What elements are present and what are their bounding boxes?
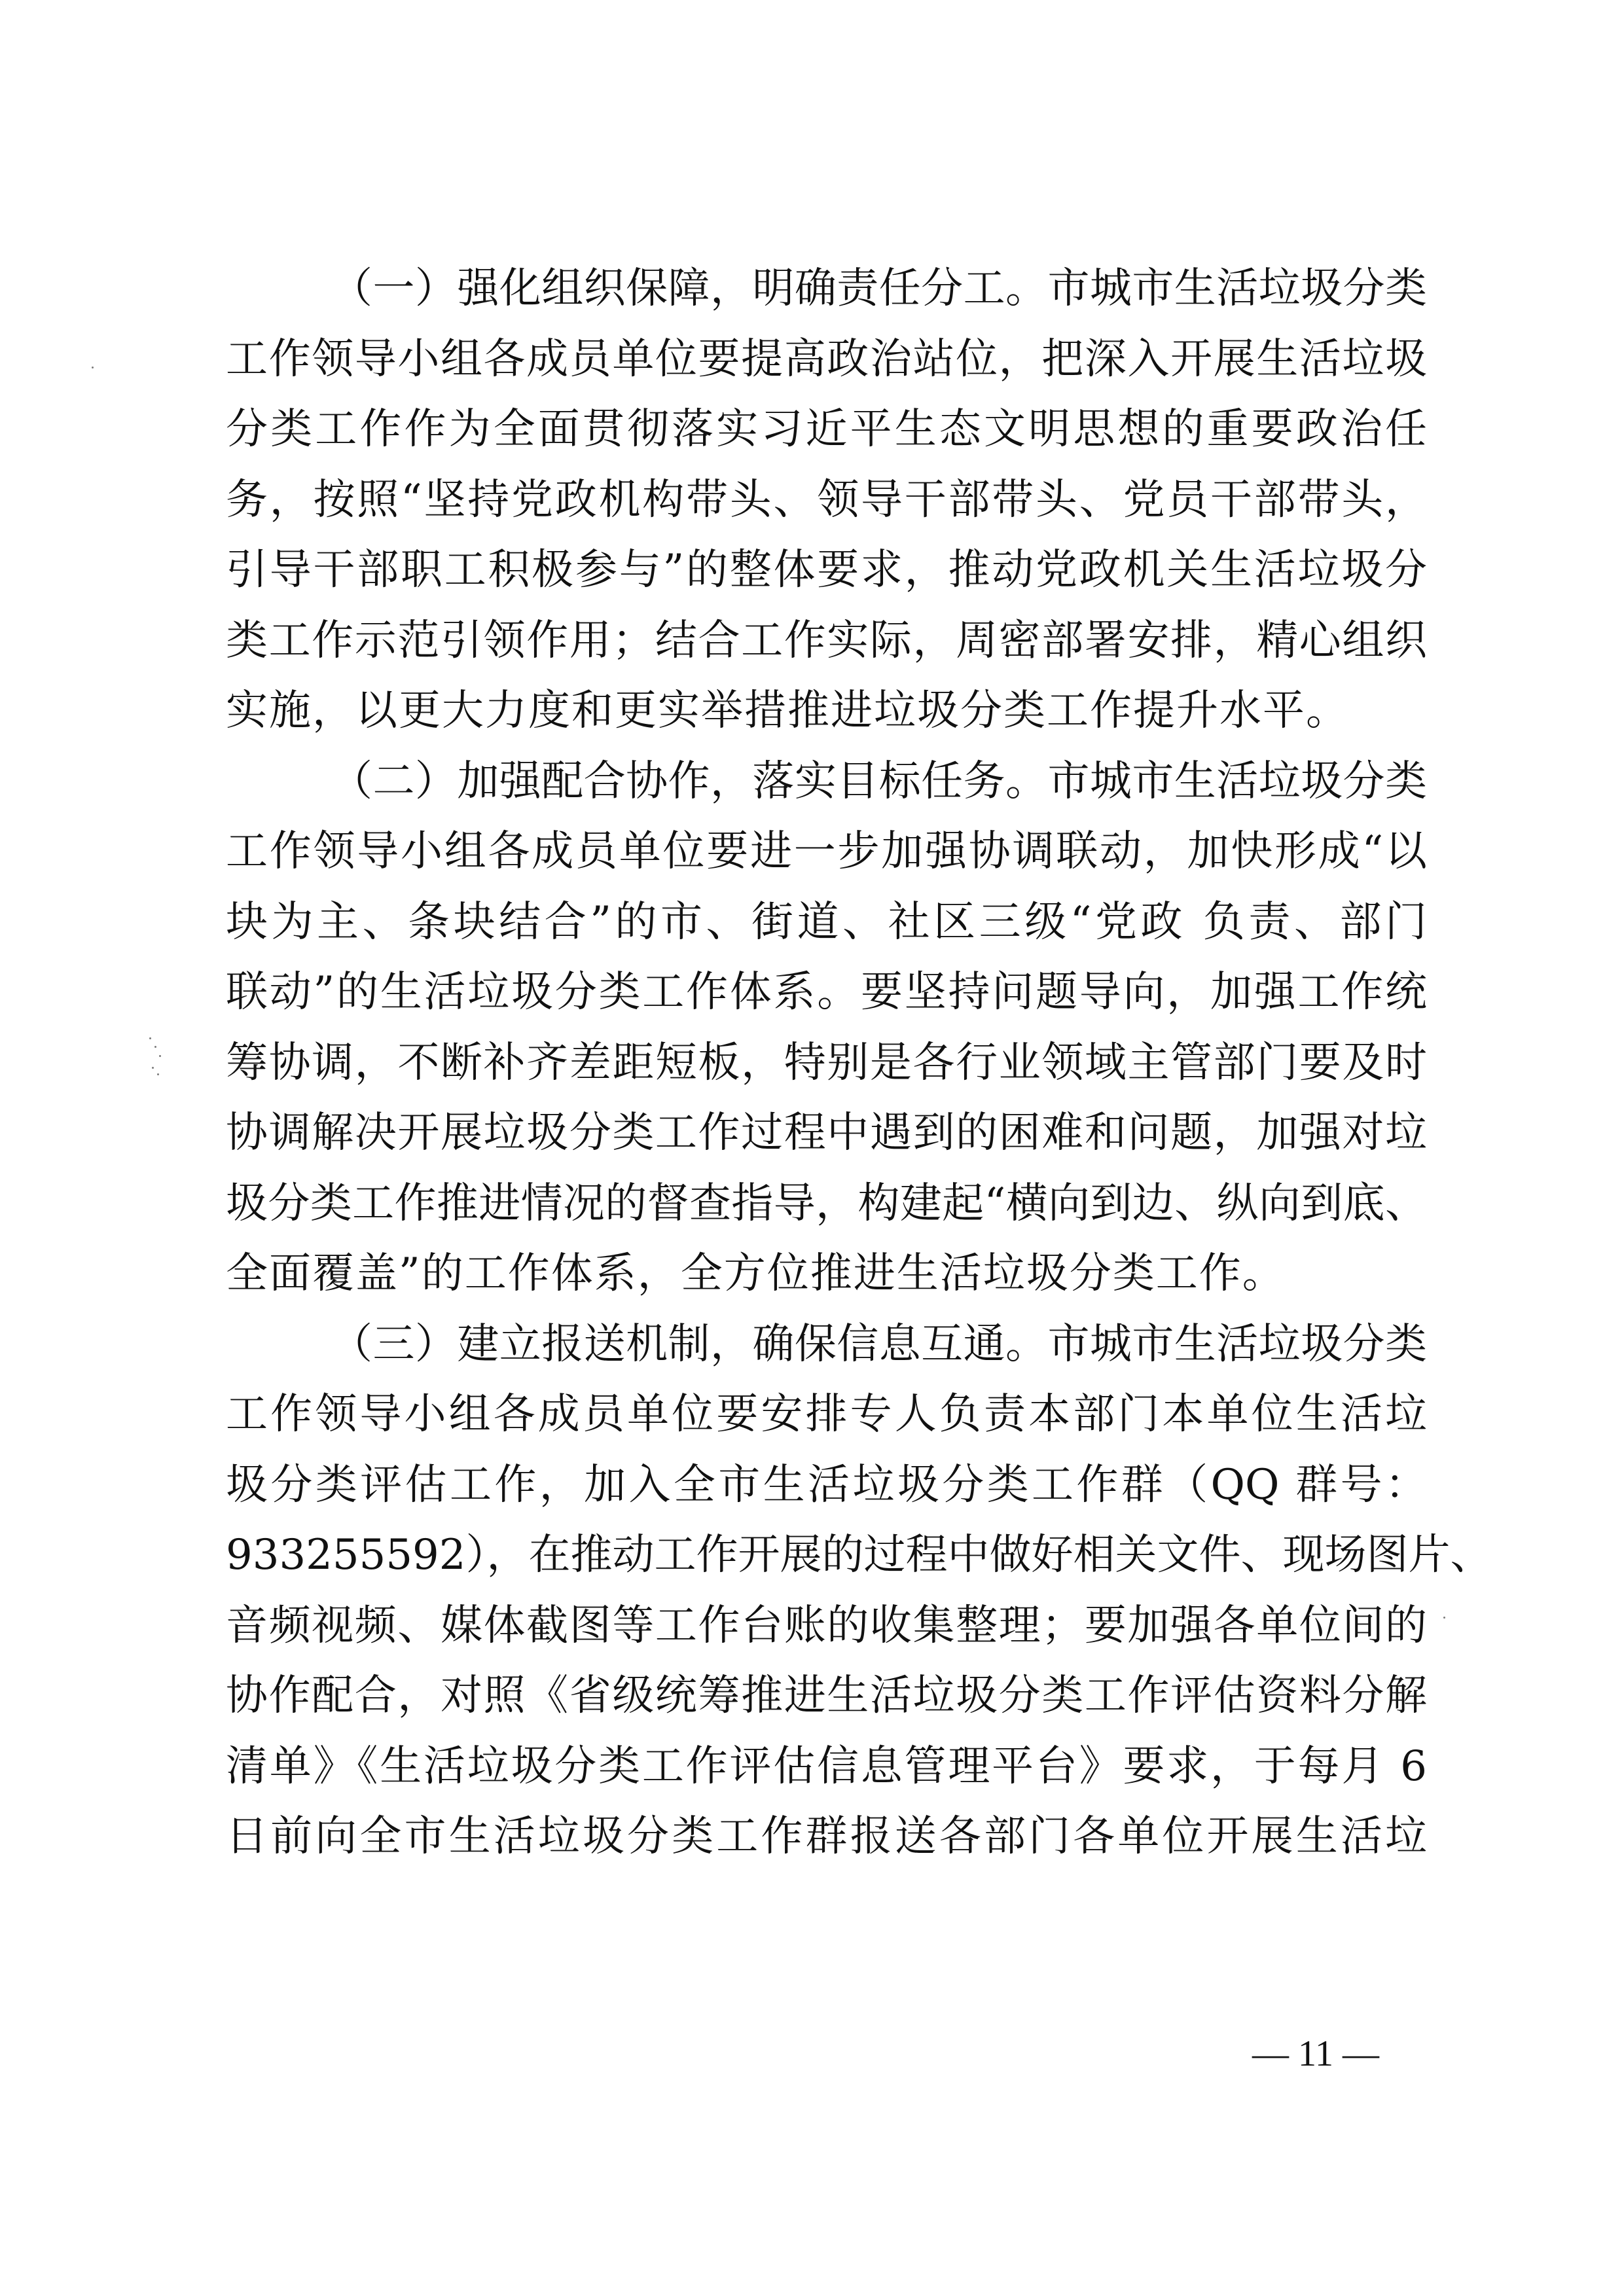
text-line: 全面覆盖”的工作体系，全方位推进生活垃圾分类工作。 [226, 1246, 1427, 1316]
text-line: 933255592），在推动工作开展的过程中做好相关文件、现场图片、 [226, 1527, 1427, 1598]
text-line: 圾分类评估工作，加入全市生活垃圾分类工作群（QQ 群号： [226, 1457, 1427, 1528]
scan-speck [157, 1073, 159, 1075]
body-text: （一）强化组织保障，明确责任分工。市城市生活垃圾分类 工作领导小组各成员单位要提… [226, 260, 1427, 1879]
paragraph-organization-guarantee: （一）强化组织保障，明确责任分工。市城市生活垃圾分类 工作领导小组各成员单位要提… [226, 260, 1427, 753]
text-line: 务，按照“坚持党政机构带头、领导干部带头、党员干部带头， [226, 472, 1427, 543]
text-line: （三）建立报送机制，确保信息互通。市城市生活垃圾分类 [226, 1316, 1427, 1387]
text-line: 联动”的生活垃圾分类工作体系。要坚持问题导向，加强工作统 [226, 964, 1427, 1035]
scan-speck [152, 1067, 154, 1069]
scan-speck [154, 1046, 156, 1048]
scan-speck [149, 1037, 151, 1039]
text-line: 工作领导小组各成员单位要安排专人负责本部门本单位生活垃 [226, 1386, 1427, 1457]
text-line: 音频视频、媒体截图等工作台账的收集整理；要加强各单位间的 [226, 1598, 1427, 1668]
text-line: 筹协调，不断补齐差距短板，特别是各行业领域主管部门要及时 [226, 1035, 1427, 1105]
text-line: 协调解决开展垃圾分类工作过程中遇到的困难和问题，加强对垃 [226, 1105, 1427, 1175]
text-line: 圾分类工作推进情况的督查指导，构建起“横向到边、纵向到底、 [226, 1175, 1427, 1246]
text-line: 工作领导小组各成员单位要进一步加强协调联动，加快形成“以 [226, 823, 1427, 894]
text-line: 日前向全市生活垃圾分类工作群报送各部门各单位开展生活垃 [226, 1808, 1427, 1879]
text-line: 块为主、条块结合”的市、街道、社区三级“党政 负责、部门 [226, 894, 1427, 965]
page-number: — 11 — [1231, 2028, 1401, 2080]
text-line: （二）加强配合协作，落实目标任务。市城市生活垃圾分类 [226, 753, 1427, 824]
scan-speck [1443, 1617, 1445, 1619]
paragraph-coordination: （二）加强配合协作，落实目标任务。市城市生活垃圾分类 工作领导小组各成员单位要进… [226, 753, 1427, 1316]
text-line: 类工作示范引领作用；结合工作实际，周密部署安排，精心组织 [226, 613, 1427, 683]
document-page: （一）强化组织保障，明确责任分工。市城市生活垃圾分类 工作领导小组各成员单位要提… [0, 0, 1624, 2294]
text-line: （一）强化组织保障，明确责任分工。市城市生活垃圾分类 [226, 260, 1427, 331]
text-line: 工作领导小组各成员单位要提高政治站位，把深入开展生活垃圾 [226, 331, 1427, 402]
text-line: 清单》《生活垃圾分类工作评估信息管理平台》要求，于每月 6 [226, 1738, 1427, 1809]
paragraph-reporting-mechanism: （三）建立报送机制，确保信息互通。市城市生活垃圾分类 工作领导小组各成员单位要安… [226, 1316, 1427, 1879]
text-line: 实施，以更大力度和更实举措推进垃圾分类工作提升水平。 [226, 683, 1427, 753]
text-line: 分类工作作为全面贯彻落实习近平生态文明思想的重要政治任 [226, 401, 1427, 472]
scan-speck [92, 367, 94, 368]
text-line: 协作配合，对照《省级统筹推进生活垃圾分类工作评估资料分解 [226, 1668, 1427, 1738]
scan-speck [159, 1055, 161, 1057]
text-line: 引导干部职工积极参与”的整体要求，推动党政机关生活垃圾分 [226, 542, 1427, 613]
